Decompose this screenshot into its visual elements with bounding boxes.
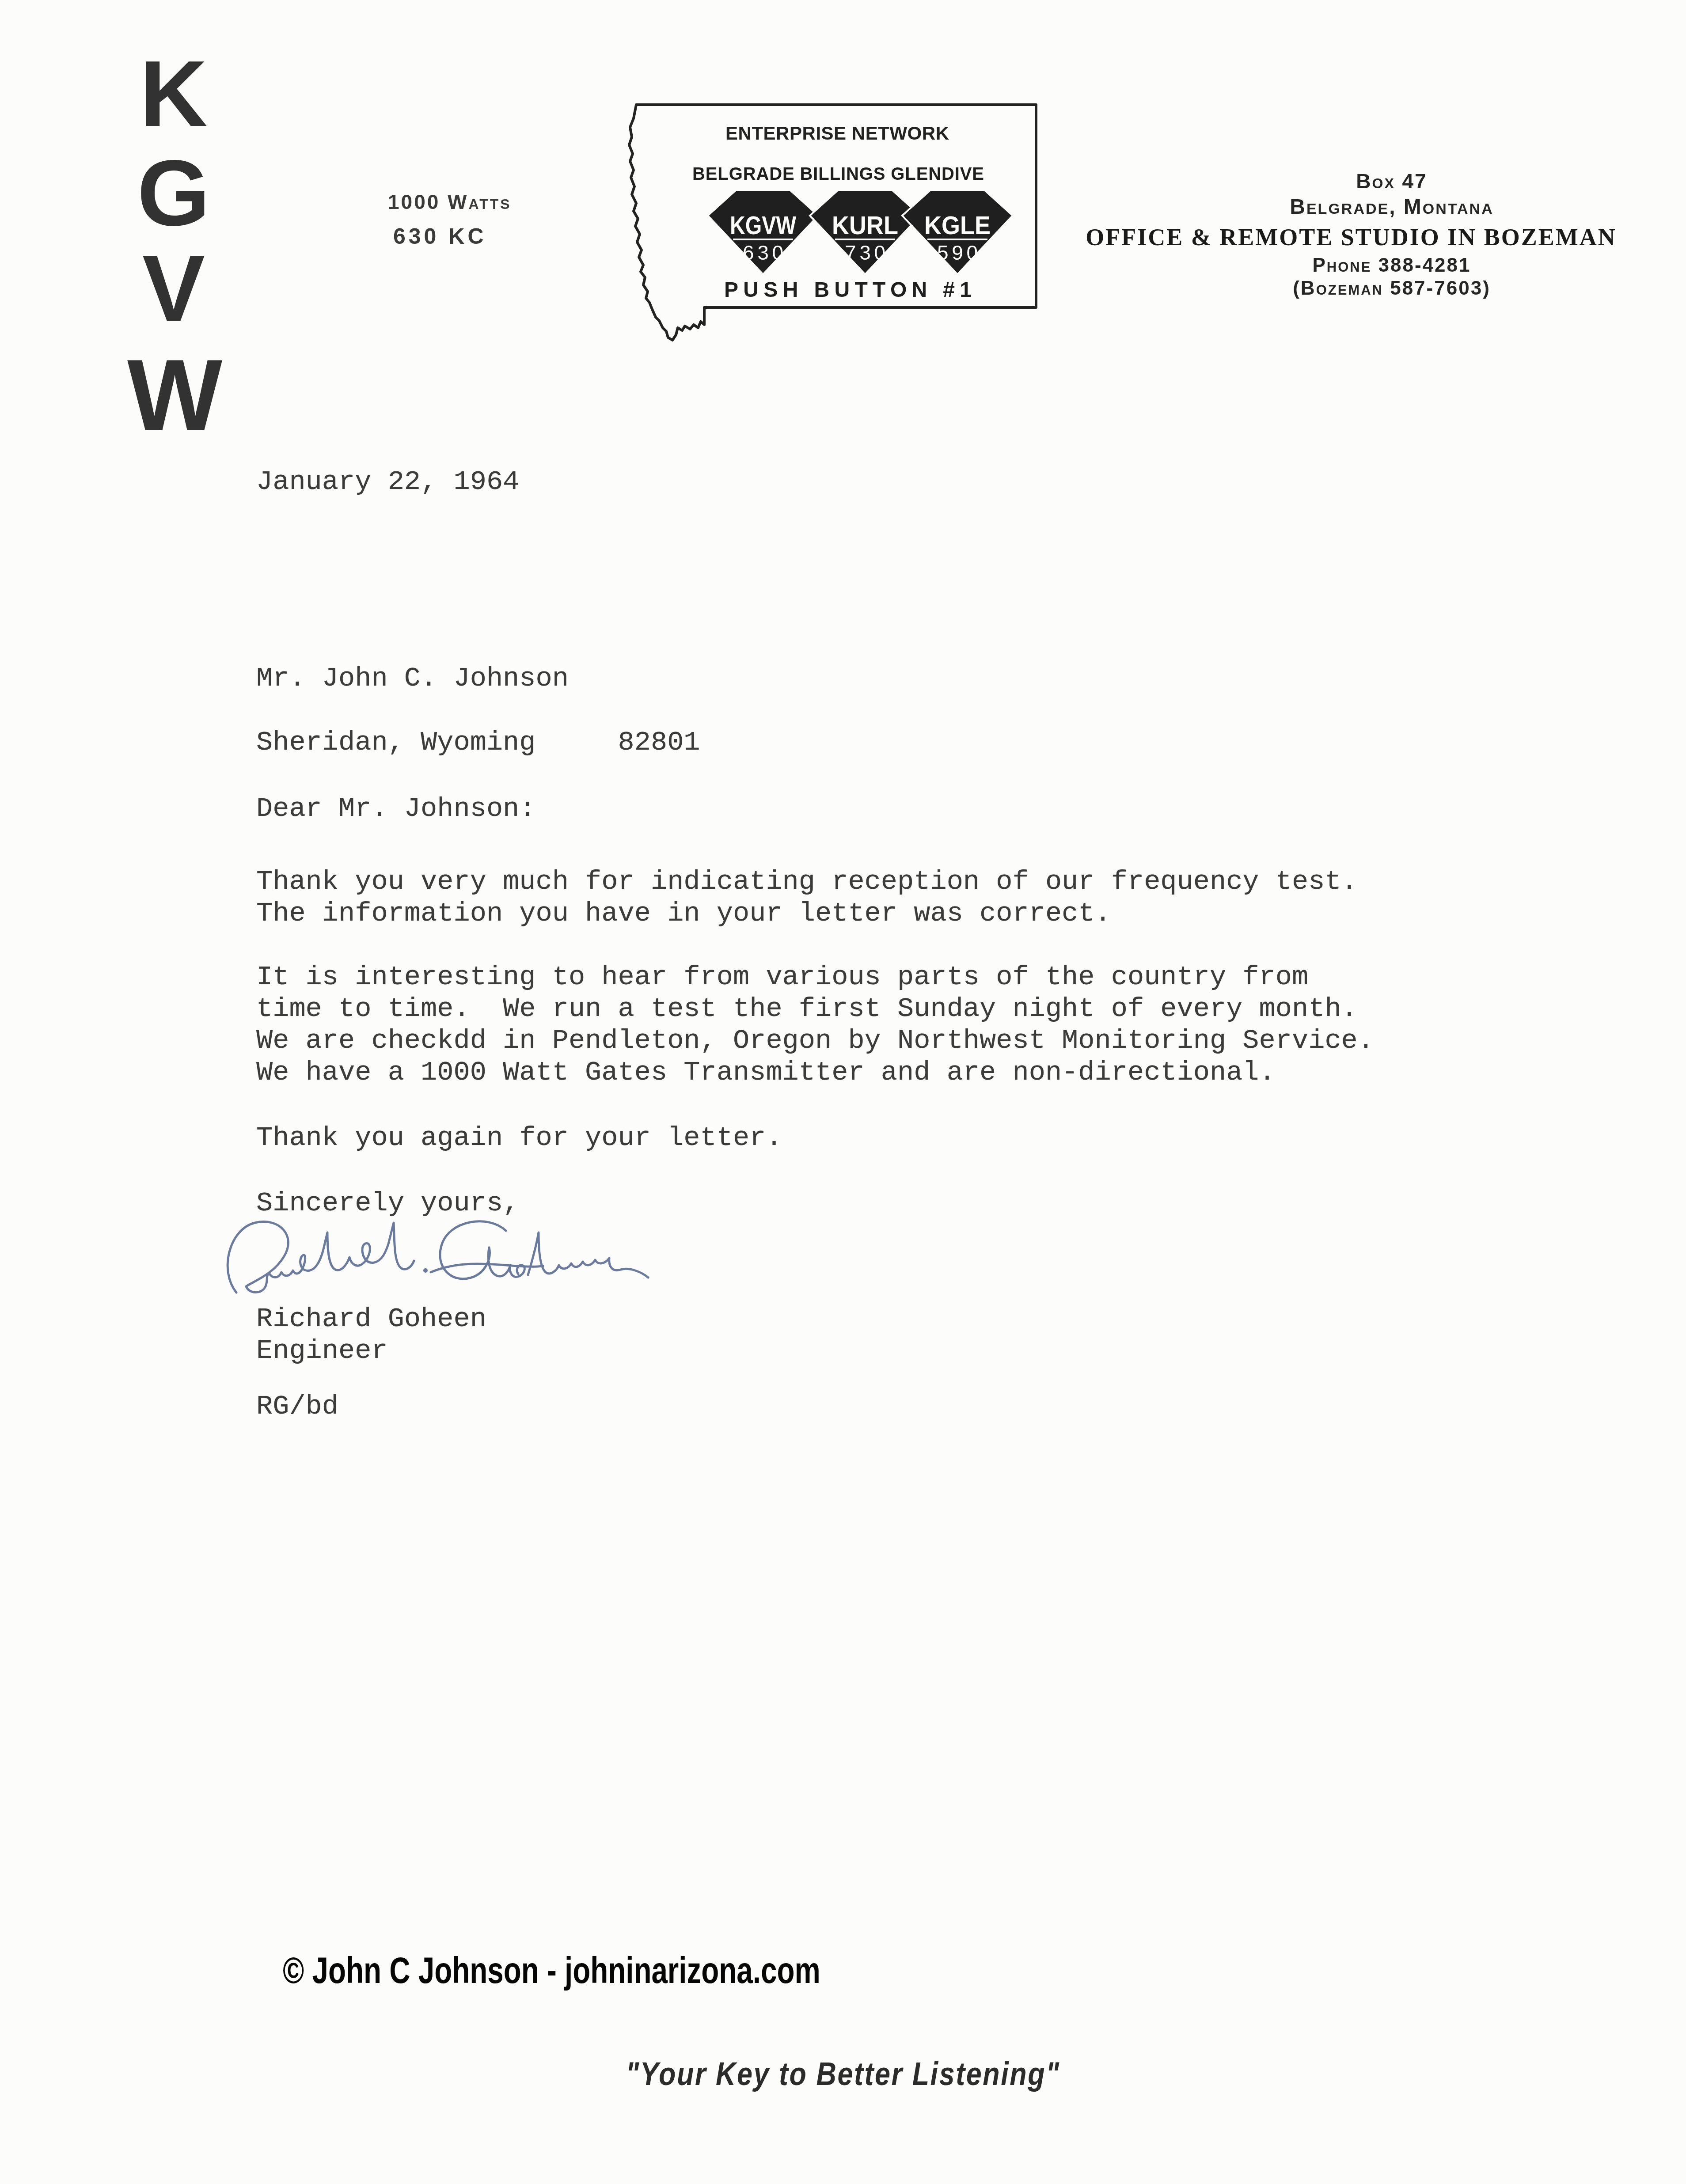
letter-date: January 22, 1964 [256, 466, 519, 498]
signer-name: Richard Goheen [256, 1303, 486, 1335]
recipient-name: Mr. John C. Johnson [256, 663, 569, 694]
body-line: time to time. We run a test the first Su… [256, 993, 1358, 1025]
body-line: We have a 1000 Watt Gates Transmitter an… [256, 1057, 1276, 1088]
body-line: The information you have in your letter … [256, 898, 1111, 929]
address-office-line: OFFICE & REMOTE STUDIO IN BOZEMAN [1015, 224, 1686, 251]
call-letter-k: K [127, 47, 220, 140]
diamond-kgle-call: KGLE [924, 211, 991, 240]
frequency-label: 630 KC [393, 224, 487, 249]
body-line: Thank you again for your letter. [256, 1122, 782, 1154]
call-letter-v: V [127, 242, 220, 335]
salutation: Dear Mr. Johnson: [256, 793, 536, 825]
network-logo: ENTERPRISE NETWORK BELGRADE BILLINGS GLE… [619, 102, 1038, 358]
diamond-kgvw-call: KGVW [730, 211, 796, 240]
body-line: We are checkdd in Pendleton, Oregon by N… [256, 1025, 1374, 1057]
signer-title: Engineer [256, 1335, 388, 1367]
address-box-line: Box 47 [1056, 169, 1686, 193]
body-line: Thank you very much for indicating recep… [256, 866, 1358, 898]
letter-page: K G V W 1000 Watts 630 KC ENTERPRISE NET… [0, 0, 1686, 2184]
reference-initials: RG/bd [256, 1391, 338, 1422]
cities-label: BELGRADE BILLINGS GLENDIVE [692, 164, 984, 184]
copyright-watermark: © John C Johnson - johninarizona.com [283, 1949, 820, 1992]
signature-image [223, 1205, 665, 1311]
call-letter-w: W [127, 345, 220, 446]
enterprise-network-label: ENTERPRISE NETWORK [725, 123, 949, 144]
address-phone-line: Phone 388-4281 [1056, 254, 1686, 277]
diamond-kurl-freq: 730 [845, 241, 885, 264]
power-label: 1000 Watts [388, 190, 512, 214]
diamond-kgle-freq: 590 [937, 241, 978, 264]
call-letter-g: G [127, 146, 220, 240]
diamond-kurl-call: KURL [832, 211, 898, 240]
recipient-city: Sheridan, Wyoming 82801 [256, 727, 700, 758]
address-phone2-line: (Bozeman 587-7603) [1056, 277, 1686, 300]
body-line: It is interesting to hear from various p… [256, 961, 1308, 993]
station-slogan: "Your Key to Better Listening" [626, 2055, 1060, 2093]
diamond-kgvw-freq: 630 [743, 241, 783, 264]
address-city-line: Belgrade, Montana [1056, 195, 1686, 219]
